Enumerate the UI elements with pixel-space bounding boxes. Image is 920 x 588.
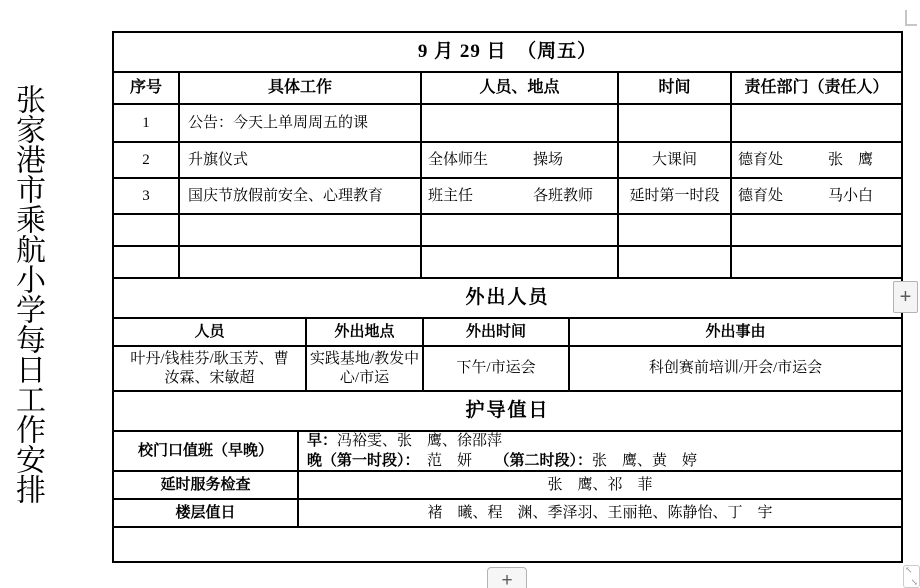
cell-dept[interactable] xyxy=(732,105,901,141)
cell-time[interactable] xyxy=(619,105,732,141)
column-header-dept[interactable]: 责任部门（责任人） xyxy=(732,73,901,103)
cell-people[interactable]: 全体师生 操场 xyxy=(422,143,619,177)
duty-gate-label[interactable]: 校门口值班（早晚） xyxy=(114,432,299,470)
outgoing-section-title[interactable]: 外出人员 xyxy=(114,279,901,317)
duty-delay-names[interactable]: 张 鹰、祁 菲 xyxy=(299,472,901,498)
empty-bottom-cell[interactable] xyxy=(114,528,901,561)
cell-dept[interactable] xyxy=(732,247,901,277)
table-row: 3 国庆节放假前安全、心理教育 班主任 各班教师 延时第一时段 德育处 马小白 xyxy=(114,179,901,215)
cell-dept[interactable]: 德育处 张 鹰 xyxy=(732,143,901,177)
outgoing-cell-place[interactable]: 实践基地/教发中心/市运 xyxy=(307,347,424,390)
cell-no[interactable]: 1 xyxy=(114,105,180,141)
duty-gate-evening-line: 晚（第一时段）： 范 妍 （第二时段）：张 鹰、黄 婷 xyxy=(307,451,893,470)
table-row xyxy=(114,247,901,279)
daily-schedule-table: 9 月 29 日 （周五） 序号 具体工作 人员、地点 时间 责任部门（责任人）… xyxy=(112,31,903,563)
outgoing-header-row: 人员 外出地点 外出时间 外出事由 xyxy=(114,319,901,347)
outgoing-cell-time[interactable]: 下午/市运会 xyxy=(424,347,570,390)
duty-floor-names[interactable]: 褚 曦、程 渊、季泽羽、王丽艳、陈静怡、丁 宇 xyxy=(299,500,901,526)
cell-people[interactable]: 班主任 各班教师 xyxy=(422,179,619,213)
date-title-row: 9 月 29 日 （周五） xyxy=(114,33,901,73)
duty-gate-content[interactable]: 早：冯裕雯、张 鹰、徐邵萍 晚（第一时段）： 范 妍 （第二时段）：张 鹰、黄 … xyxy=(299,432,901,470)
empty-bottom-row[interactable] xyxy=(114,528,901,561)
cell-time[interactable]: 大课间 xyxy=(619,143,732,177)
cell-task[interactable]: 国庆节放假前安全、心理教育 xyxy=(180,179,422,213)
outgoing-cell-people[interactable]: 叶丹/钱桂芬/耿玉芳、曹汝霖、宋敏超 xyxy=(114,347,307,390)
outgoing-header-time[interactable]: 外出时间 xyxy=(424,319,570,345)
morning-prefix: 早： xyxy=(307,433,337,449)
cell-people[interactable] xyxy=(422,247,619,277)
column-header-people[interactable]: 人员、地点 xyxy=(422,73,619,103)
evening-names-1: 范 妍 xyxy=(412,453,502,469)
outgoing-section-row: 外出人员 xyxy=(114,279,901,319)
duty-floor-label[interactable]: 楼层值日 xyxy=(114,500,299,526)
duty-section-row: 护导值日 xyxy=(114,392,901,432)
add-column-button[interactable]: + xyxy=(893,281,918,313)
duty-floor-row: 楼层值日 褚 曦、程 渊、季泽羽、王丽艳、陈静怡、丁 宇 xyxy=(114,500,901,528)
cell-no[interactable]: 3 xyxy=(114,179,180,213)
table-row: 2 升旗仪式 全体师生 操场 大课间 德育处 张 鹰 xyxy=(114,143,901,179)
resize-arrow-nw-icon: ↖ xyxy=(905,566,913,575)
outgoing-cell-reason[interactable]: 科创赛前培训/开会/市运会 xyxy=(570,347,901,390)
morning-names: 冯裕雯、张 鹰、徐邵萍 xyxy=(337,433,502,449)
table-row xyxy=(114,215,901,247)
evening-names-2: 张 鹰、黄 婷 xyxy=(592,453,697,469)
outgoing-data-row: 叶丹/钱桂芬/耿玉芳、曹汝霖、宋敏超 实践基地/教发中心/市运 下午/市运会 科… xyxy=(114,347,901,392)
outgoing-header-people[interactable]: 人员 xyxy=(114,319,307,345)
resize-arrow-se-icon: ↘ xyxy=(910,578,918,587)
column-header-no[interactable]: 序号 xyxy=(114,73,180,103)
duty-gate-morning-line: 早：冯裕雯、张 鹰、徐邵萍 xyxy=(307,432,893,451)
cell-people[interactable] xyxy=(422,215,619,245)
cell-no[interactable]: 2 xyxy=(114,143,180,177)
cell-dept[interactable]: 德育处 马小白 xyxy=(732,179,901,213)
evening-prefix-1: 晚（第一时段）： xyxy=(307,453,412,469)
main-header-row: 序号 具体工作 人员、地点 时间 责任部门（责任人） xyxy=(114,73,901,105)
cell-no[interactable] xyxy=(114,215,180,245)
outgoing-header-place[interactable]: 外出地点 xyxy=(307,319,424,345)
cell-no[interactable] xyxy=(114,247,180,277)
cell-task[interactable] xyxy=(180,247,422,277)
table-resize-handle[interactable]: ↖ ↘ xyxy=(903,565,920,588)
evening-prefix-2: （第二时段）： xyxy=(502,453,592,469)
column-header-time[interactable]: 时间 xyxy=(619,73,732,103)
add-row-button[interactable]: + xyxy=(487,567,527,588)
cell-task[interactable] xyxy=(180,215,422,245)
table-row: 1 公告：今天上单周周五的课 xyxy=(114,105,901,143)
cell-time[interactable]: 延时第一时段 xyxy=(619,179,732,213)
date-title-cell[interactable]: 9 月 29 日 （周五） xyxy=(114,33,901,71)
duty-gate-row: 校门口值班（早晚） 早：冯裕雯、张 鹰、徐邵萍 晚（第一时段）： 范 妍 （第二… xyxy=(114,432,901,472)
cell-people[interactable] xyxy=(422,105,619,141)
outgoing-header-reason[interactable]: 外出事由 xyxy=(570,319,901,345)
cell-task[interactable]: 公告：今天上单周周五的课 xyxy=(180,105,422,141)
text-boundary-mark xyxy=(905,10,917,26)
cell-task[interactable]: 升旗仪式 xyxy=(180,143,422,177)
duty-delay-row: 延时服务检查 张 鹰、祁 菲 xyxy=(114,472,901,500)
document-vertical-title[interactable]: 张家港市乘航小学每日工作安排 xyxy=(12,84,42,504)
cell-dept[interactable] xyxy=(732,215,901,245)
column-header-task[interactable]: 具体工作 xyxy=(180,73,422,103)
cell-time[interactable] xyxy=(619,215,732,245)
duty-delay-label[interactable]: 延时服务检查 xyxy=(114,472,299,498)
cell-time[interactable] xyxy=(619,247,732,277)
duty-section-title[interactable]: 护导值日 xyxy=(114,392,901,430)
